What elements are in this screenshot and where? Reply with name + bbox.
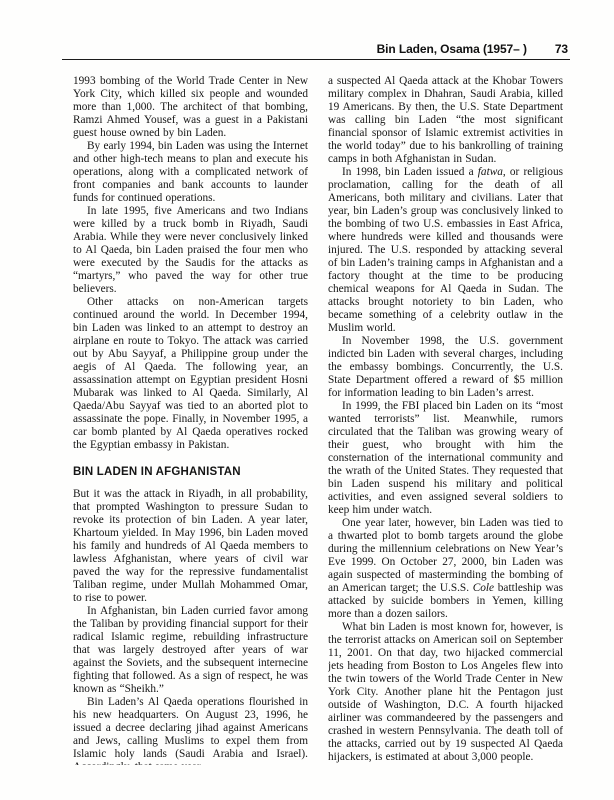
paragraph: Bin Laden’s Al Qaeda operations flourish… — [73, 696, 308, 765]
paragraph: In November 1998, the U.S. government in… — [328, 335, 563, 400]
paragraph-text: In 1998, bin Laden issued a — [342, 166, 478, 178]
paragraph: a suspected Al Qaeda attack at the Khoba… — [328, 75, 563, 166]
paragraph: One year later, however, bin Laden was t… — [328, 517, 563, 621]
paragraph: 1993 bombing of the World Trade Center i… — [73, 75, 308, 140]
paragraph: In Afghanistan, bin Laden curried favor … — [73, 605, 308, 696]
page-number: 73 — [555, 42, 568, 56]
page-header: Bin Laden, Osama (1957– ) 73 — [73, 42, 568, 56]
page-body: 1993 bombing of the World Trade Center i… — [73, 75, 563, 765]
paragraph: In late 1995, five Americans and two Ind… — [73, 205, 308, 296]
header-rule — [62, 59, 570, 60]
paragraph: Other attacks on non-American targets co… — [73, 296, 308, 452]
paragraph: But it was the attack in Riyadh, in all … — [73, 488, 308, 605]
right-column: a suspected Al Qaeda attack at the Khoba… — [328, 75, 563, 765]
paragraph-text: , or religious proclamation, calling for… — [328, 166, 563, 334]
book-page: Bin Laden, Osama (1957– ) 73 1993 bombin… — [0, 0, 614, 800]
italic-term: Cole — [473, 582, 494, 594]
running-title: Bin Laden, Osama (1957– ) — [377, 42, 527, 56]
paragraph: What bin Laden is most known for, howeve… — [328, 621, 563, 764]
paragraph: In 1998, bin Laden issued a fatwa, or re… — [328, 166, 563, 335]
section-heading: BIN LADEN IN AFGHANISTAN — [73, 466, 308, 479]
paragraph: In 1999, the FBI placed bin Laden on its… — [328, 400, 563, 517]
paragraph: By early 1994, bin Laden was using the I… — [73, 140, 308, 205]
italic-term: fatwa — [478, 166, 503, 178]
left-column: 1993 bombing of the World Trade Center i… — [73, 75, 308, 765]
